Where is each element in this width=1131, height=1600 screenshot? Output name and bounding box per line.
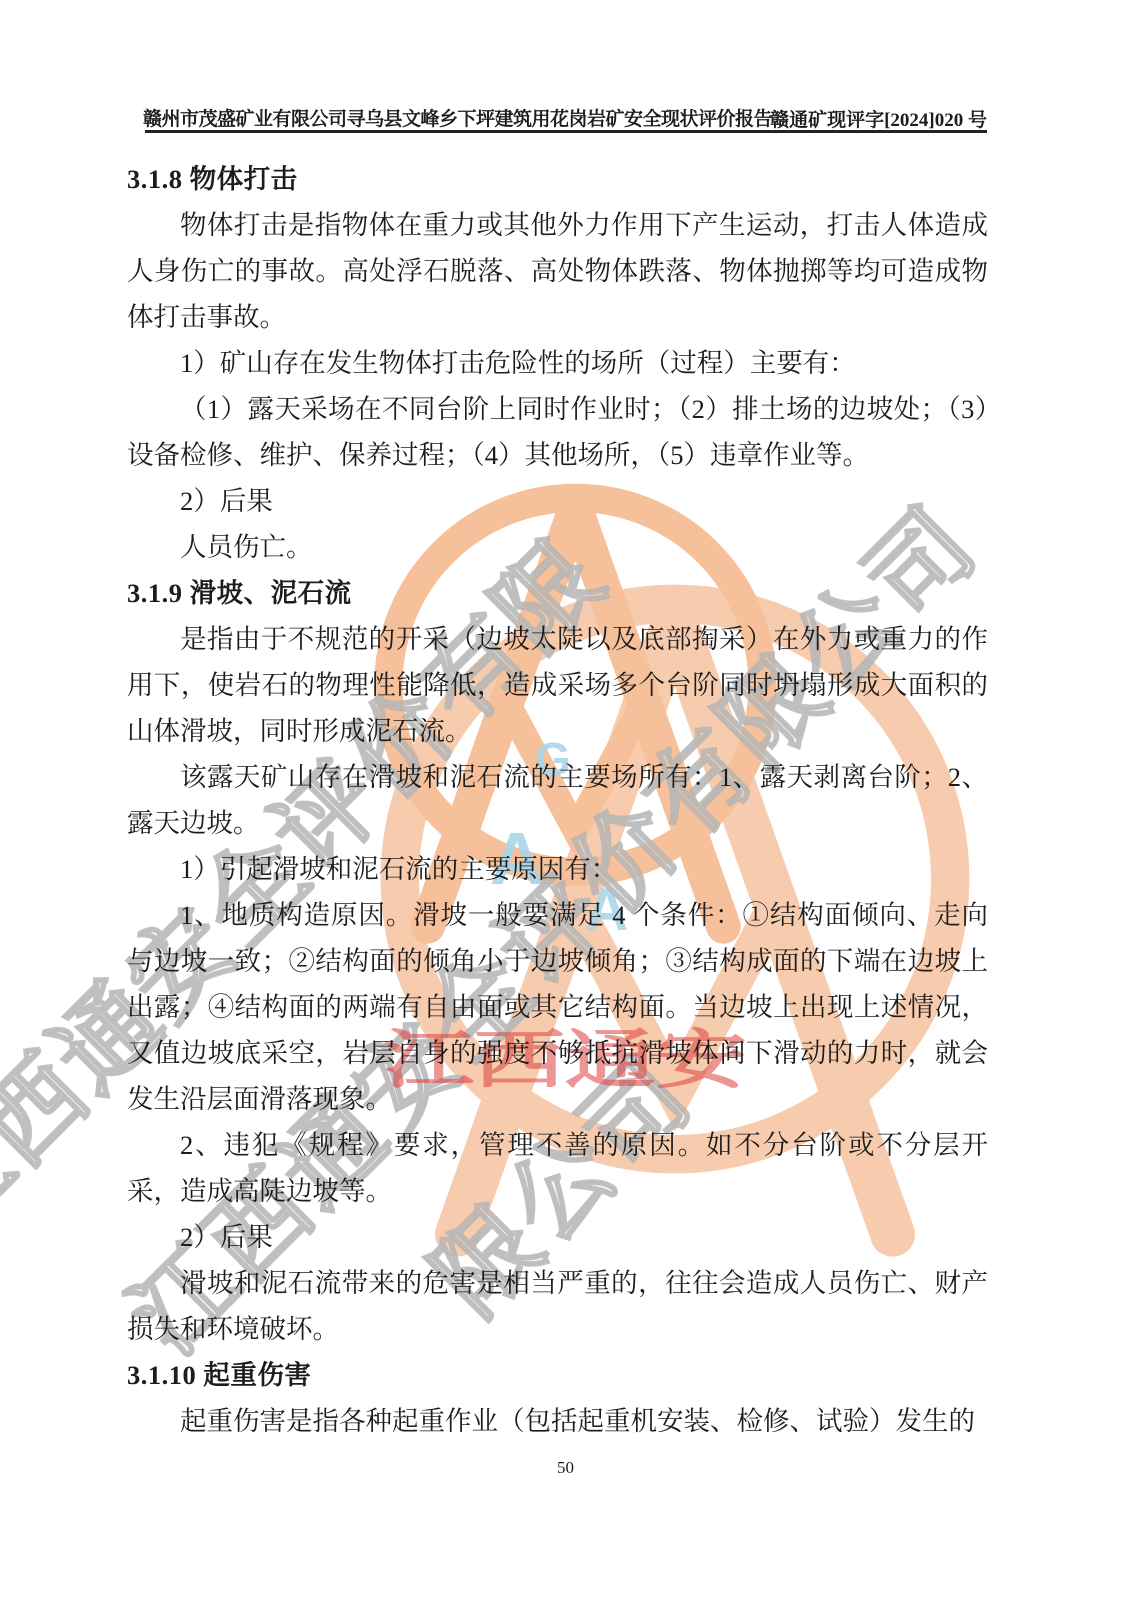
- section-3-1-10: 3.1.10 起重伤害 起重伤害是指各种起重作业（包括起重机安装、检修、试验）发…: [127, 1352, 988, 1444]
- section-3-1-9: 3.1.9 滑坡、泥石流 是指由于不规范的开采（边坡太陡以及底部掏采）在外力或重…: [127, 570, 988, 1352]
- paragraph: 1）引起滑坡和泥石流的主要原因有：: [127, 846, 988, 892]
- paragraph: 物体打击是指物体在重力或其他外力作用下产生运动，打击人体造成人身伤亡的事故。高处…: [127, 202, 988, 340]
- report-page: G A A 江西通安全评价有限公司 江西通安全评价有限 限公司 江西通安 赣州市…: [0, 0, 1131, 1600]
- header-rule: [145, 130, 987, 133]
- page-number: 50: [0, 1458, 1131, 1478]
- paragraph: 滑坡和泥石流带来的危害是相当严重的，往往会造成人员伤亡、财产损失和环境破坏。: [127, 1260, 988, 1352]
- paragraph: 人员伤亡。: [127, 524, 988, 570]
- section-heading: 3.1.10 起重伤害: [127, 1352, 988, 1398]
- paragraph: （1）露天采场在不同台阶上同时作业时；（2）排土场的边坡处；（3）设备检修、维护…: [127, 386, 988, 478]
- paragraph: 起重伤害是指各种起重作业（包括起重机安装、检修、试验）发生的: [127, 1398, 988, 1444]
- paragraph: 2）后果: [127, 1214, 988, 1260]
- header-report-title: 赣州市茂盛矿业有限公司寻乌县文峰乡下坪建筑用花岗岩矿安全现状评价报告: [143, 104, 772, 131]
- paragraph: 是指由于不规范的开采（边坡太陡以及底部掏采）在外力或重力的作用下，使岩石的物理性…: [127, 616, 988, 754]
- paragraph: 该露天矿山存在滑坡和泥石流的主要场所有：1、露天剥离台阶；2、露天边坡。: [127, 754, 988, 846]
- section-heading: 3.1.9 滑坡、泥石流: [127, 570, 988, 616]
- section-heading: 3.1.8 物体打击: [127, 156, 988, 202]
- header-doc-number: 赣通矿现评字[2024]020 号: [770, 105, 987, 132]
- paragraph: 1）矿山存在发生物体打击危险性的场所（过程）主要有：: [127, 340, 988, 386]
- paragraph: 1、地质构造原因。滑坡一般要满足 4 个条件：①结构面倾向、走向与边坡一致；②结…: [127, 892, 988, 1122]
- paragraph: 2、违犯《规程》要求，管理不善的原因。如不分台阶或不分层开采，造成高陡边坡等。: [127, 1122, 988, 1214]
- paragraph: 2）后果: [127, 478, 988, 524]
- document-body: 3.1.8 物体打击 物体打击是指物体在重力或其他外力作用下产生运动，打击人体造…: [127, 156, 988, 1444]
- section-3-1-8: 3.1.8 物体打击 物体打击是指物体在重力或其他外力作用下产生运动，打击人体造…: [127, 156, 988, 570]
